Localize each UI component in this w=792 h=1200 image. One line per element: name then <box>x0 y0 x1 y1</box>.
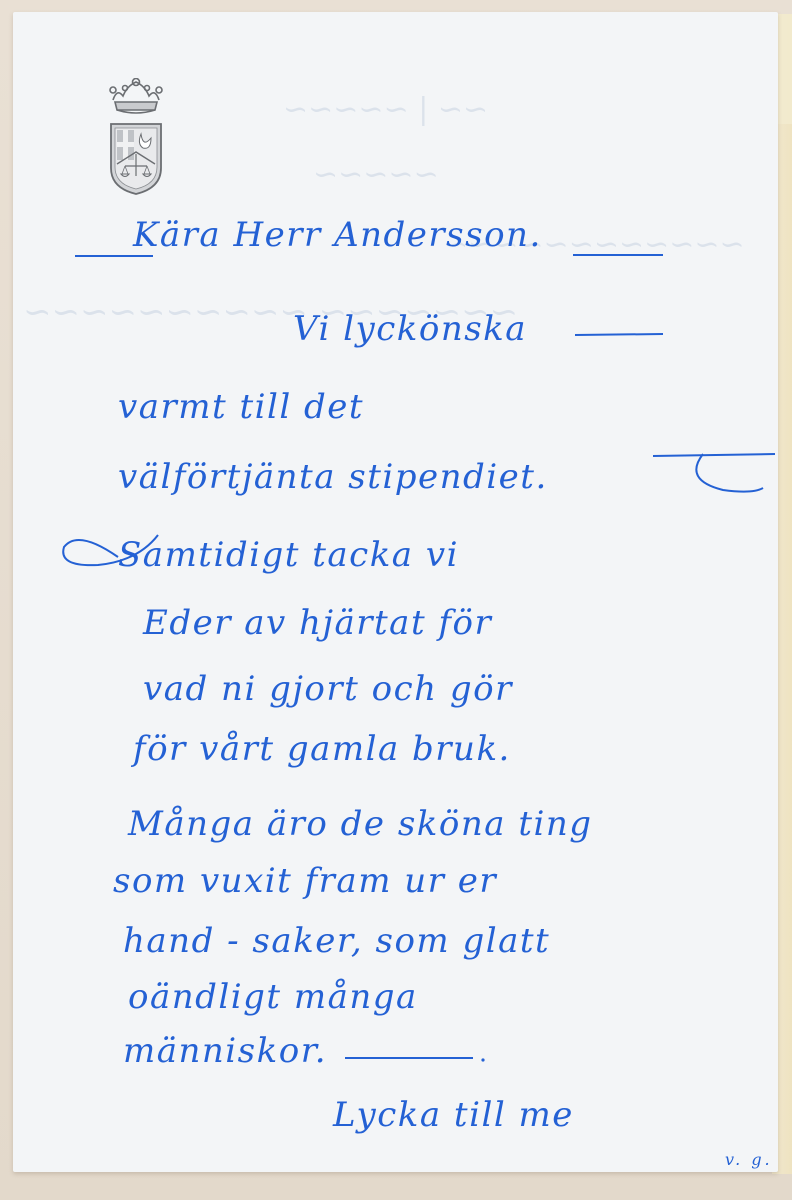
coat-of-arms-icon <box>105 78 167 196</box>
margin-note: v. g. <box>725 1150 773 1169</box>
body-line: som vuxit fram ur er <box>113 864 497 898</box>
body-line: Vi lyckönska <box>293 312 527 346</box>
salutation: Kära Herr Andersson. <box>133 218 542 252</box>
body-line: oändligt många <box>128 980 418 1014</box>
body-line: Många äro de sköna ting <box>128 807 593 841</box>
body-line: Eder av hjärtat för <box>143 606 492 640</box>
line-end-flourish <box>343 1052 493 1066</box>
letter-paper: ~~ | ~~~~~ ~~~~~ ~~~~~~~~~~~~ ~~~~~~~ ~~… <box>13 12 778 1172</box>
body-line: välförtjänta stipendiet. <box>118 460 548 494</box>
body-line: hand - saker, som glatt <box>123 924 550 958</box>
closing-line: Lycka till me <box>333 1098 574 1132</box>
body-line: varmt till det <box>118 390 364 424</box>
bleed-through-text: ~~ | ~~~~~ <box>283 92 488 127</box>
bleed-through-text: ~~~~~ <box>313 157 439 192</box>
body-line: människor. <box>123 1034 327 1068</box>
crown-icon <box>110 79 162 114</box>
shield-icon <box>111 124 161 194</box>
body-line: Samtidigt tacka vi <box>118 538 459 572</box>
line-end-flourish <box>643 450 783 500</box>
line-end-flourish <box>573 330 673 340</box>
body-line: vad ni gjort och gör <box>143 672 513 706</box>
body-line: för vårt gamla bruk. <box>133 732 511 766</box>
